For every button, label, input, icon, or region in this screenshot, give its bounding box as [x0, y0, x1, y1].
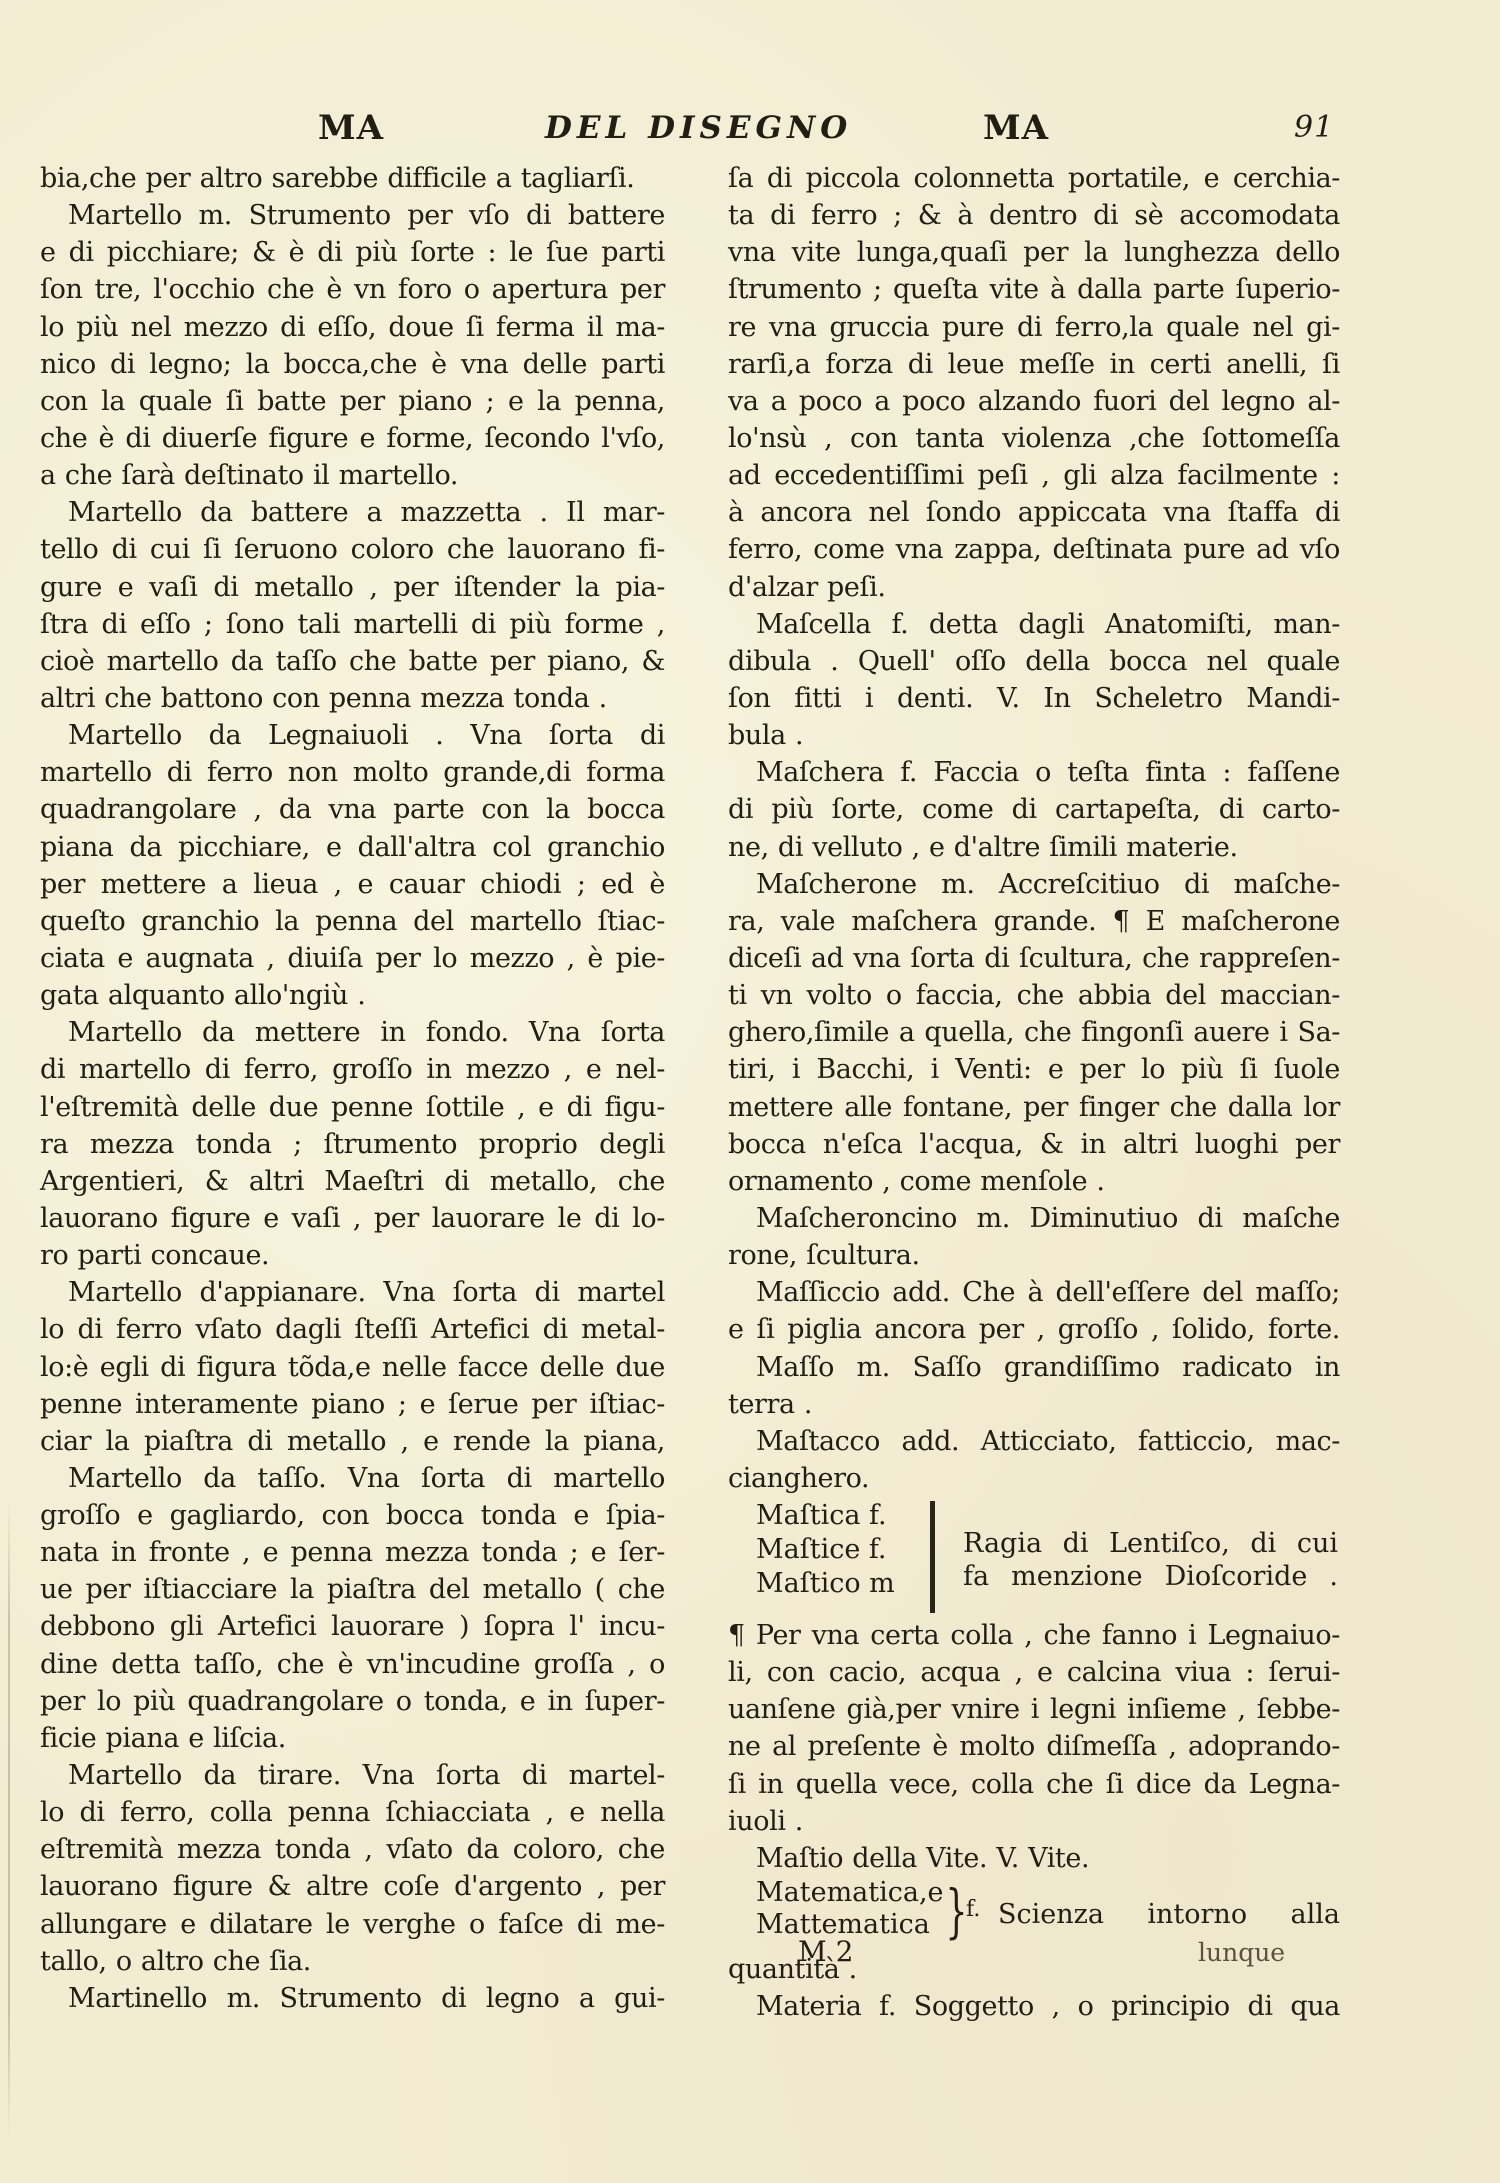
text-line: ue per iſtiacciare la piaſtra del metall… — [40, 1571, 665, 1608]
text-line: ne al preſente è molto diſmeſſa , adopra… — [728, 1728, 1340, 1765]
text-line: e ſi piglia ancora per , groſſo , ſolido… — [728, 1311, 1340, 1348]
text-line: per mettere a lieua , e cauar chiodi ; e… — [40, 866, 665, 903]
text-line: lauorano figure & altre coſe d'argento ,… — [40, 1868, 665, 1905]
text-line: a che ſarà deſtinato il martello. — [40, 457, 665, 494]
headword: Maſtica f. — [756, 1499, 895, 1533]
text-line: re vna gruccia pure di ferro,la quale ne… — [728, 309, 1340, 346]
text-line: ¶ Per vna certa colla , che fanno i Legn… — [728, 1617, 1340, 1654]
text-line: lauorano figure e vaſi , per lauorare le… — [40, 1200, 665, 1237]
gender-marker: f. — [966, 1897, 980, 1922]
text-line: uanſene già,per vnire i legni inſieme , … — [728, 1691, 1340, 1728]
text-line: l'eſtremità delle due penne ſottile , e … — [40, 1089, 665, 1126]
running-head-title: DEL DISEGNO — [545, 108, 852, 148]
running-head-left-section: MA — [318, 108, 384, 148]
text-line: bocca n'eſca l'acqua, & in altri luoghi … — [728, 1126, 1340, 1163]
text-line: debbono gli Artefici lauorare ) ſopra l'… — [40, 1608, 665, 1645]
text-line: lo più nel mezzo di eſſo, doue ſi ferma … — [40, 309, 665, 346]
headword: Matematica,e — [756, 1877, 944, 1909]
entry-headline: Maſcherone m. Accreſcitiuo di maſche- — [728, 866, 1340, 903]
entry-headline: Martello m. Strumento per vſo di battere — [40, 197, 665, 234]
text-line: ne, di velluto , e d'altre ſimili materi… — [728, 829, 1340, 866]
text-line: per lo più quadrangolare o tonda, e in ſ… — [40, 1683, 665, 1720]
entry-headline: Martello da Legnaiuoli . Vna ſorta di — [40, 717, 665, 754]
text-line: va a poco a poco alzando fuori del legno… — [728, 383, 1340, 420]
entry-headline: Maſtio della Vite. V. Vite. — [728, 1840, 1340, 1877]
text-line: lo'nsù , con tanta violenza ,che ſottome… — [728, 420, 1340, 457]
headword: Maſtice f. — [756, 1533, 895, 1567]
text-line: mettere alle fontane, per finger che dal… — [728, 1089, 1340, 1126]
text-line: ad eccedentiſſimi peſi , gli alza facilm… — [728, 457, 1340, 494]
mastica-terms: Maſtica f. Maſtice f. Maſtico m — [756, 1499, 895, 1601]
text-line: tallo, o altro che ſia. — [40, 1943, 665, 1980]
entry-headline: Maſtacco add. Atticciato, fatticcio, mac… — [728, 1423, 1340, 1460]
text-line: vna vite lunga,quaſi per la lunghezza de… — [728, 234, 1340, 271]
right-column-entries-b: ¶ Per vna certa colla , che fanno i Legn… — [728, 1617, 1340, 1877]
text-line: lo di ferro, colla penna ſchiacciata , e… — [40, 1794, 665, 1831]
running-head-right-section: MA — [983, 108, 1049, 148]
text-line: bia,che per altro sarebbe difficile a ta… — [40, 160, 665, 197]
text-line: gata alquanto allo'ngiù . — [40, 977, 665, 1014]
entry-headline: Martinello m. Strumento di legno a gui- — [40, 1980, 665, 2017]
right-column: ſa di piccola colonnetta portatile, e ce… — [728, 160, 1340, 2025]
text-line: eſtremità mezza tonda , vſato da coloro,… — [40, 1831, 665, 1868]
text-line: con la quale ſi batte per piano ; e la p… — [40, 383, 665, 420]
text-line: piana da picchiare, e dall'altra col gra… — [40, 829, 665, 866]
text-line: d'alzar peſi. — [728, 569, 1340, 606]
signature-mark: M 2 — [798, 1935, 853, 1968]
text-line: ſon fitti i denti. V. In Scheletro Mandi… — [728, 680, 1340, 717]
text-line: martello di ferro non molto grande,di fo… — [40, 754, 665, 791]
definition-line: Ragia di Lentiſco, di cui — [963, 1527, 1338, 1560]
entry-headline: Martello d'appianare. Vna ſorta di marte… — [40, 1274, 665, 1311]
text-line: ſon tre, l'occhio che è vn foro o apertu… — [40, 271, 665, 308]
mastica-definition: Ragia di Lentiſco, di cui fa menzione Di… — [963, 1527, 1338, 1593]
page-gutter-shadow — [8, 1500, 10, 2140]
text-line: di più ſorte, come di cartapeſta, di car… — [728, 791, 1340, 828]
entry-mastica-bracket: Maſtica f. Maſtice f. Maſtico m Ragia di… — [728, 1497, 1340, 1617]
text-line: diceſi ad vna ſorta di ſcultura, che rap… — [728, 940, 1340, 977]
right-column-entries-a: ſa di piccola colonnetta portatile, e ce… — [728, 160, 1340, 1497]
text-line: e di picchiare; & è di più ſorte : le ſu… — [40, 234, 665, 271]
text-line: ra mezza tonda ; ſtrumento proprio degli — [40, 1126, 665, 1163]
left-column: bia,che per altro sarebbe difficile a ta… — [40, 160, 665, 2017]
entry-headline: Martello da battere a mazzetta . Il mar- — [40, 494, 665, 531]
headword: Maſtico m — [756, 1567, 895, 1601]
catchword: lunque — [1198, 1938, 1285, 1967]
text-line: bula . — [728, 717, 1340, 754]
page-number: 91 — [1294, 108, 1334, 148]
text-line: allungare e dilatare le verghe o faſce d… — [40, 1906, 665, 1943]
matematica-definition: Scienza intorno alla — [998, 1899, 1340, 1930]
text-line: ra, vale maſchera grande. ¶ E maſcherone — [728, 903, 1340, 940]
text-line: dine detta taſſo, che è vn'incudine groſ… — [40, 1646, 665, 1683]
entry-headline: Materia f. Soggetto , o principio di qua — [728, 1988, 1340, 2025]
text-line: che è di diuerſe figure e forme, ſecondo… — [40, 420, 665, 457]
text-line: lo di ferro vſato dagli ſteſſi Artefici … — [40, 1311, 665, 1348]
text-line: cianghero. — [728, 1460, 1340, 1497]
text-line: ti vn volto o faccia, che abbia del macc… — [728, 977, 1340, 1014]
text-line: dibula . Quell' oſſo della bocca nel qua… — [728, 643, 1340, 680]
matematica-terms: Matematica,e Mattematica — [756, 1877, 944, 1941]
entry-headline: Maſcheroncino m. Diminutiuo di maſche — [728, 1200, 1340, 1237]
text-line: Argentieri, & altri Maeſtri di metallo, … — [40, 1163, 665, 1200]
text-line: queſto granchio la penna del martello ſt… — [40, 903, 665, 940]
text-line: ſtra di eſſo ; ſono tali martelli di più… — [40, 606, 665, 643]
text-line: groſſo e gagliardo, con bocca tonda e ſp… — [40, 1497, 665, 1534]
text-line: quadrangolare , da vna parte con la bocc… — [40, 791, 665, 828]
text-line: ghero,ſimile a quella, che fingonſi auer… — [728, 1014, 1340, 1051]
entry-headline: Maſcella f. detta dagli Anatomiſti, man- — [728, 606, 1340, 643]
definition-line: fa menzione Dioſcoride . — [963, 1560, 1338, 1593]
text-line: ornamento , come menſole . — [728, 1163, 1340, 1200]
text-line: nata in fronte , e penna mezza tonda ; e… — [40, 1534, 665, 1571]
text-line: rarſi,a forza di leue meſſe in certi ane… — [728, 346, 1340, 383]
text-line: tello di cui ſi ſeruono coloro che lauor… — [40, 531, 665, 568]
entry-headline: Maſchera f. Faccia o teſta finta : faſſe… — [728, 754, 1340, 791]
text-line: ferro, come vna zappa, deſtinata pure ad… — [728, 531, 1340, 568]
text-line: ſa di piccola colonnetta portatile, e ce… — [728, 160, 1340, 197]
text-line: lo:è egli di figura tõda,e nelle facce d… — [40, 1349, 665, 1386]
text-line: li, con cacio, acqua , e calcina viua : … — [728, 1654, 1340, 1691]
text-line: tiri, i Bacchi, i Venti: e per lo più ſi… — [728, 1051, 1340, 1088]
text-line: ficie piana e liſcia. — [40, 1720, 665, 1757]
text-line: gure e vaſi di metallo , per iſtender la… — [40, 569, 665, 606]
text-line: iuoli . — [728, 1803, 1340, 1840]
entry-headline: Martello da taſſo. Vna ſorta di martello — [40, 1460, 665, 1497]
text-line: di martello di ferro, groſſo in mezzo , … — [40, 1051, 665, 1088]
text-line: ta di ferro ; & à dentro di sè accomodat… — [728, 197, 1340, 234]
entry-headline: Maſſiccio add. Che à dell'eſſere del maſ… — [728, 1274, 1340, 1311]
text-line: altri che battono con penna mezza tonda … — [40, 680, 665, 717]
text-line: cioè martello da taſſo che batte per pia… — [40, 643, 665, 680]
text-line: ro parti concaue. — [40, 1237, 665, 1274]
text-line: ciata e augnata , diuiſa per lo mezzo , … — [40, 940, 665, 977]
entry-headline: Martello da tirare. Vna ſorta di martel- — [40, 1757, 665, 1794]
entry-headline: Maſſo m. Saſſo grandiſſimo radicato in — [728, 1349, 1340, 1386]
text-line: rone, ſcultura. — [728, 1237, 1340, 1274]
text-line: ciar la piaſtra di metallo , e rende la … — [40, 1423, 665, 1460]
text-line: terra . — [728, 1386, 1340, 1423]
curly-brace-icon: } — [945, 1881, 967, 1941]
entry-headline: Martello da mettere in fondo. Vna ſorta — [40, 1014, 665, 1051]
bracket-bar — [930, 1501, 935, 1613]
text-line: ſtrumento ; queſta vite à dalla parte ſu… — [728, 271, 1340, 308]
text-line: ſi in quella vece, colla che ſi dice da … — [728, 1766, 1340, 1803]
text-line: penne interamente piano ; e ſerue per iſ… — [40, 1386, 665, 1423]
text-line: à ancora nel ſondo appiccata vna ſtaffa … — [728, 494, 1340, 531]
text-line: nico di legno; la bocca,che è vna delle … — [40, 346, 665, 383]
